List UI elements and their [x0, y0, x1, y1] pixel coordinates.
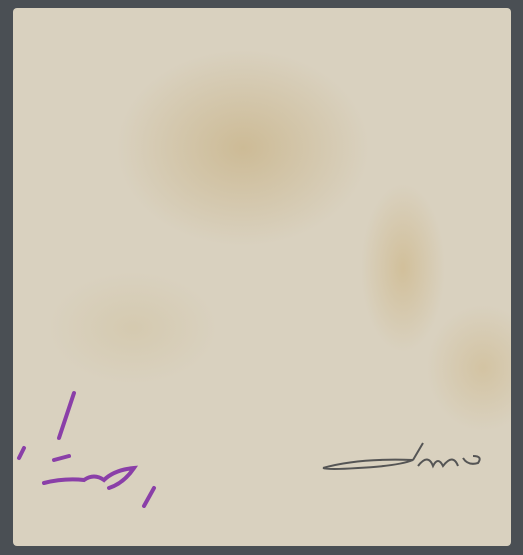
pencil-signature	[318, 438, 498, 478]
violet-ink-signature	[14, 388, 174, 508]
